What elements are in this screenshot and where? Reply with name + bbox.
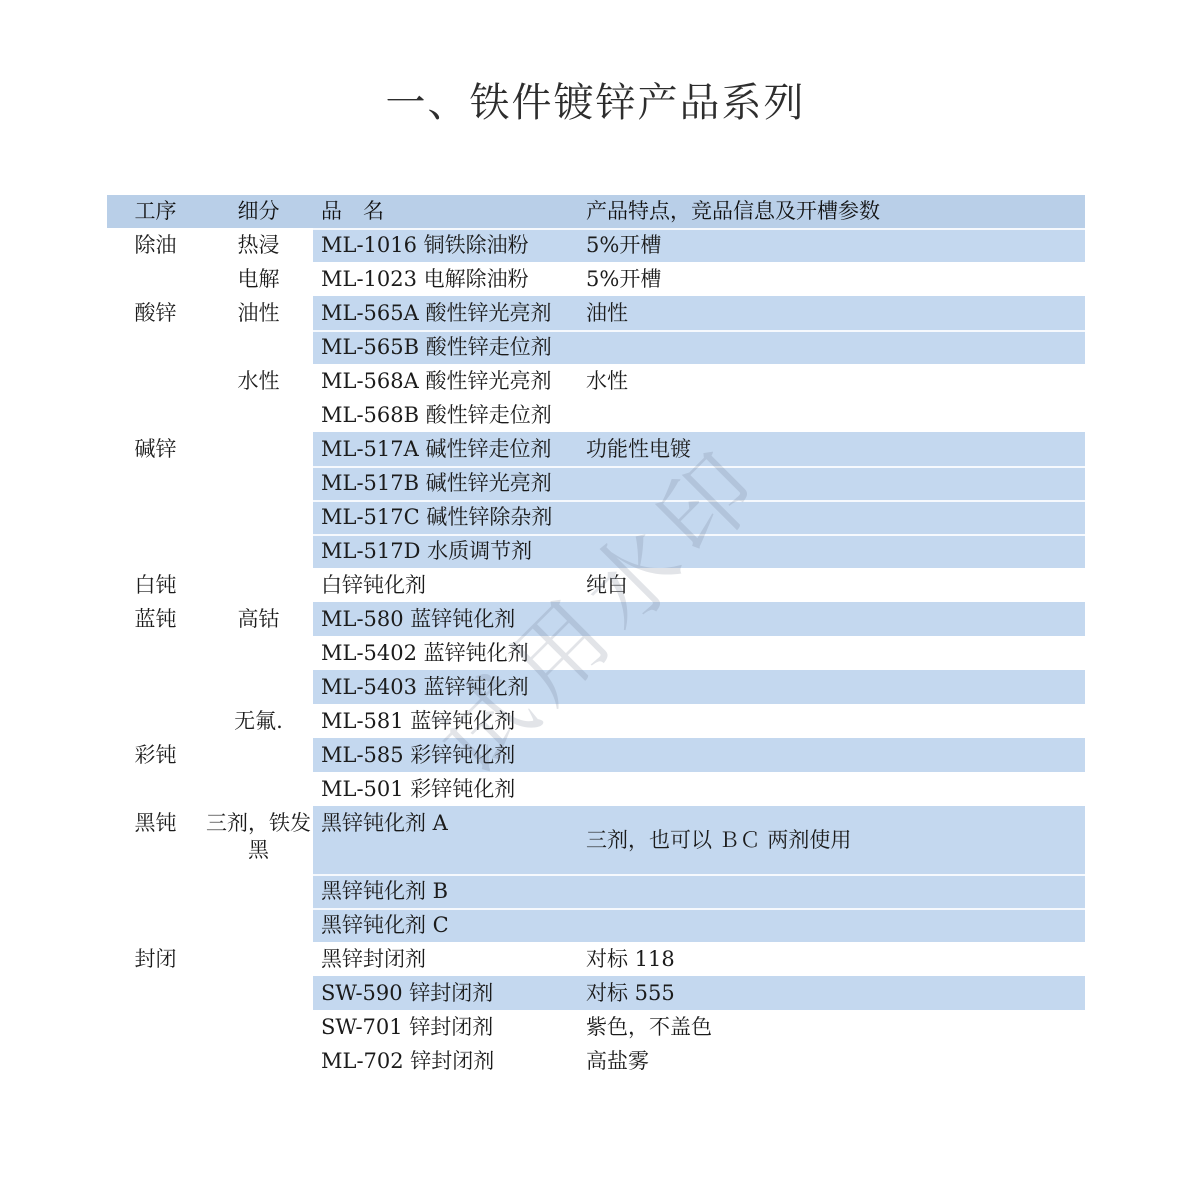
cell-note (578, 330, 1085, 364)
cell-process: 蓝钝 (107, 602, 204, 636)
cell-note (578, 398, 1085, 432)
cell-product-name: SW-590 锌封闭剂 (313, 976, 578, 1010)
cell-note (578, 500, 1085, 534)
cell-subdivision (204, 1010, 313, 1044)
table-row: 电解 ML-1023 电解除油粉 5%开槽 (107, 262, 1085, 296)
cell-product-name: ML-517C 碱性锌除杂剂 (313, 500, 578, 534)
table-row: 彩钝 ML-585 彩锌钝化剂 (107, 738, 1085, 772)
header-process: 工序 (107, 195, 204, 228)
cell-note (578, 670, 1085, 704)
table-row: 酸锌 油性 ML-565A 酸性锌光亮剂 油性 (107, 296, 1085, 330)
cell-product-name: ML-702 锌封闭剂 (313, 1044, 578, 1078)
cell-product-name: ML-517B 碱性锌光亮剂 (313, 466, 578, 500)
table-row: 黑锌钝化剂 C (107, 908, 1085, 942)
cell-subdivision (204, 874, 313, 908)
cell-process (107, 330, 204, 364)
cell-note: 三剂，也可以 ＢＣ 两剂使用 (578, 806, 1085, 874)
table-header-row: 工序 细分 品 名 产品特点，竞品信息及开槽参数 (107, 195, 1085, 228)
cell-product-name: ML-5403 蓝锌钝化剂 (313, 670, 578, 704)
cell-process (107, 364, 204, 398)
cell-note (578, 534, 1085, 568)
cell-subdivision (204, 942, 313, 976)
cell-product-name: 黑锌钝化剂 B (313, 874, 578, 908)
cell-note (578, 704, 1085, 738)
cell-subdivision (204, 738, 313, 772)
table-row: ML-565B 酸性锌走位剂 (107, 330, 1085, 364)
cell-subdivision: 无氟. (204, 704, 313, 738)
cell-product-name: ML-568B 酸性锌走位剂 (313, 398, 578, 432)
cell-product-name: ML-1016 铜铁除油粉 (313, 228, 578, 262)
cell-subdivision (204, 908, 313, 942)
cell-subdivision (204, 670, 313, 704)
cell-note: 对标 555 (578, 976, 1085, 1010)
table-row: 封闭 黑锌封闭剂 对标 118 (107, 942, 1085, 976)
cell-subdivision: 热浸 (204, 228, 313, 262)
cell-note (578, 466, 1085, 500)
cell-process (107, 670, 204, 704)
table-row: 白钝 白锌钝化剂 纯白 (107, 568, 1085, 602)
cell-note: 功能性电镀 (578, 432, 1085, 466)
cell-note: 5%开槽 (578, 262, 1085, 296)
cell-process (107, 1010, 204, 1044)
cell-subdivision (204, 976, 313, 1010)
table-row: ML-517D 水质调节剂 (107, 534, 1085, 568)
cell-subdivision: 高钴 (204, 602, 313, 636)
cell-note: 油性 (578, 296, 1085, 330)
cell-note (578, 772, 1085, 806)
cell-note (578, 602, 1085, 636)
cell-product-name: ML-581 蓝锌钝化剂 (313, 704, 578, 738)
cell-process: 碱锌 (107, 432, 204, 466)
table-row: ML-702 锌封闭剂 高盐雾 (107, 1044, 1085, 1078)
table-row: SW-701 锌封闭剂 紫色，不盖色 (107, 1010, 1085, 1044)
cell-subdivision (204, 1044, 313, 1078)
cell-process (107, 704, 204, 738)
cell-subdivision (204, 466, 313, 500)
cell-product-name: 黑锌钝化剂 C (313, 908, 578, 942)
cell-process: 除油 (107, 228, 204, 262)
table-row: ML-5403 蓝锌钝化剂 (107, 670, 1085, 704)
cell-subdivision (204, 534, 313, 568)
table-row: 除油 热浸 ML-1016 铜铁除油粉 5%开槽 (107, 228, 1085, 262)
cell-product-name: 黑锌封闭剂 (313, 942, 578, 976)
table-row: 黑钝 三剂，铁发黑 黑锌钝化剂 A 三剂，也可以 ＢＣ 两剂使用 (107, 806, 1085, 874)
cell-process: 封闭 (107, 942, 204, 976)
table-body: 除油 热浸 ML-1016 铜铁除油粉 5%开槽 电解 ML-1023 电解除油… (107, 228, 1085, 1078)
cell-note: 水性 (578, 364, 1085, 398)
cell-process (107, 772, 204, 806)
cell-process: 黑钝 (107, 806, 204, 874)
table-row: ML-517C 碱性锌除杂剂 (107, 500, 1085, 534)
page-title: 一、铁件镀锌产品系列 (0, 78, 1191, 128)
cell-note (578, 908, 1085, 942)
cell-note (578, 874, 1085, 908)
cell-product-name: ML-568A 酸性锌光亮剂 (313, 364, 578, 398)
table-row: 水性 ML-568A 酸性锌光亮剂 水性 (107, 364, 1085, 398)
cell-process (107, 500, 204, 534)
table-row: ML-5402 蓝锌钝化剂 (107, 636, 1085, 670)
cell-product-name: ML-565A 酸性锌光亮剂 (313, 296, 578, 330)
table-row: 无氟. ML-581 蓝锌钝化剂 (107, 704, 1085, 738)
cell-note: 紫色，不盖色 (578, 1010, 1085, 1044)
cell-product-name: ML-517A 碱性锌走位剂 (313, 432, 578, 466)
cell-product-name: ML-5402 蓝锌钝化剂 (313, 636, 578, 670)
cell-subdivision (204, 330, 313, 364)
table-row: ML-501 彩锌钝化剂 (107, 772, 1085, 806)
cell-subdivision: 水性 (204, 364, 313, 398)
cell-subdivision: 三剂，铁发黑 (204, 806, 313, 874)
cell-process (107, 466, 204, 500)
cell-subdivision (204, 772, 313, 806)
cell-process: 白钝 (107, 568, 204, 602)
header-features: 产品特点，竞品信息及开槽参数 (578, 195, 1085, 228)
cell-subdivision (204, 398, 313, 432)
cell-subdivision (204, 568, 313, 602)
cell-process: 酸锌 (107, 296, 204, 330)
cell-process (107, 636, 204, 670)
header-product-name: 品 名 (313, 195, 578, 228)
table-row: ML-517B 碱性锌光亮剂 (107, 466, 1085, 500)
cell-note: 纯白 (578, 568, 1085, 602)
cell-product-name: 黑锌钝化剂 A (313, 806, 578, 874)
cell-product-name: SW-701 锌封闭剂 (313, 1010, 578, 1044)
cell-note: 高盐雾 (578, 1044, 1085, 1078)
cell-product-name: ML-565B 酸性锌走位剂 (313, 330, 578, 364)
cell-subdivision (204, 500, 313, 534)
table-row: 蓝钝 高钴 ML-580 蓝锌钝化剂 (107, 602, 1085, 636)
cell-process (107, 398, 204, 432)
cell-product-name: ML-580 蓝锌钝化剂 (313, 602, 578, 636)
document-page: { "page": { "title": "一、铁件镀锌产品系列", "wate… (0, 0, 1191, 1191)
cell-process (107, 1044, 204, 1078)
cell-product-name: 白锌钝化剂 (313, 568, 578, 602)
cell-process (107, 908, 204, 942)
header-subdivision: 细分 (204, 195, 313, 228)
table-row: 黑锌钝化剂 B (107, 874, 1085, 908)
cell-process: 彩钝 (107, 738, 204, 772)
cell-subdivision: 油性 (204, 296, 313, 330)
table-row: SW-590 锌封闭剂 对标 555 (107, 976, 1085, 1010)
cell-product-name: ML-1023 电解除油粉 (313, 262, 578, 296)
cell-product-name: ML-517D 水质调节剂 (313, 534, 578, 568)
table-row: 碱锌 ML-517A 碱性锌走位剂 功能性电镀 (107, 432, 1085, 466)
cell-product-name: ML-585 彩锌钝化剂 (313, 738, 578, 772)
cell-process (107, 874, 204, 908)
cell-process (107, 534, 204, 568)
cell-subdivision (204, 432, 313, 466)
product-table: 工序 细分 品 名 产品特点，竞品信息及开槽参数 除油 热浸 ML-1016 铜… (107, 195, 1085, 1078)
cell-note (578, 738, 1085, 772)
cell-process (107, 976, 204, 1010)
cell-product-name: ML-501 彩锌钝化剂 (313, 772, 578, 806)
cell-subdivision: 电解 (204, 262, 313, 296)
cell-subdivision (204, 636, 313, 670)
cell-note: 对标 118 (578, 942, 1085, 976)
cell-note (578, 636, 1085, 670)
cell-process (107, 262, 204, 296)
table-row: ML-568B 酸性锌走位剂 (107, 398, 1085, 432)
cell-note: 5%开槽 (578, 228, 1085, 262)
